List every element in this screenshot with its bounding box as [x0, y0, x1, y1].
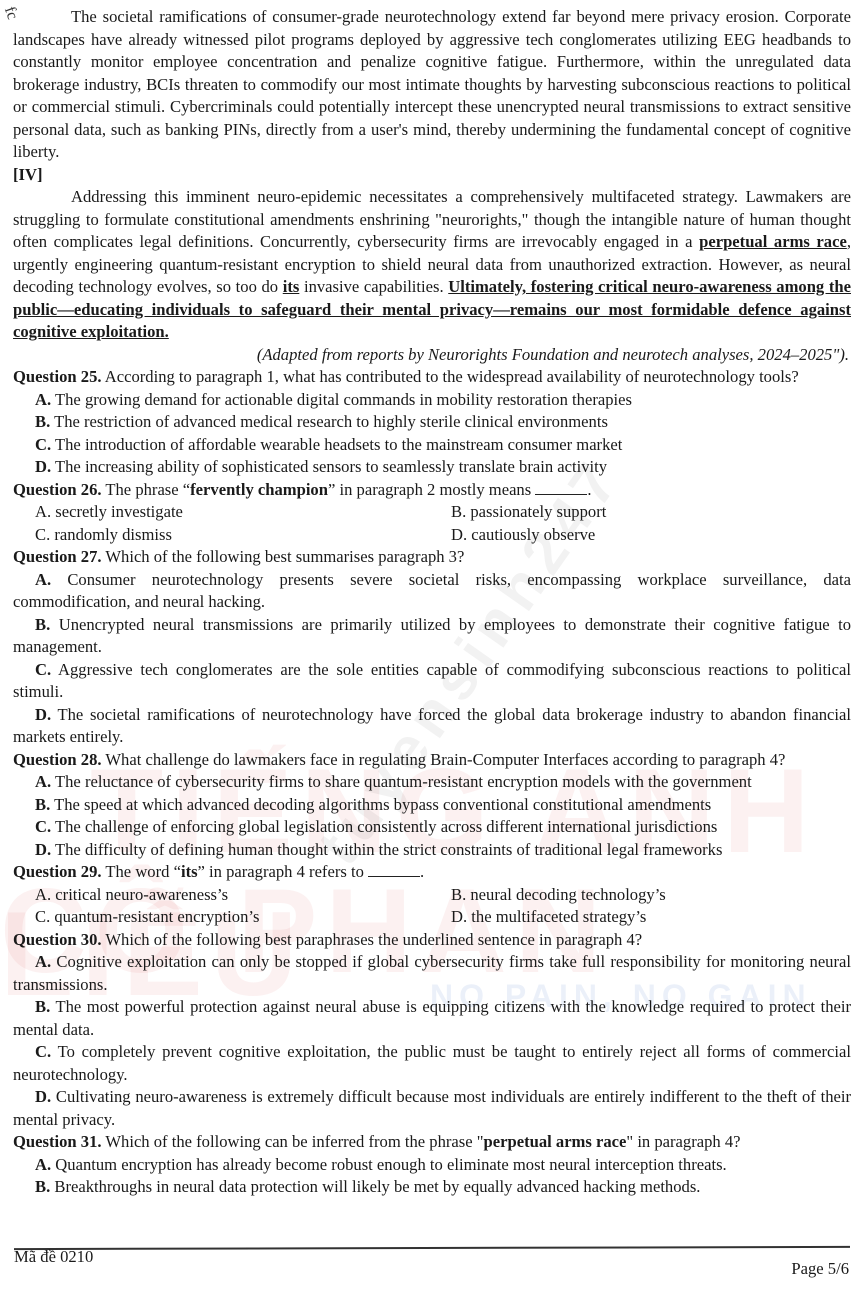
- question-text: What challenge do lawmakers face in regu…: [105, 750, 785, 769]
- option-letter: A.: [35, 570, 51, 589]
- question-30-stem: Question 30. Which of the following best…: [13, 929, 851, 952]
- option-letter: D.: [35, 1087, 51, 1106]
- options-grid: A. critical neuro-awareness’sB. neural d…: [13, 884, 851, 929]
- answer-option-d[interactable]: D. The societal ramifications of neurote…: [13, 704, 851, 749]
- question-text-stem-pre: The word “: [105, 862, 181, 881]
- option-letter: C.: [35, 1042, 51, 1061]
- answer-option-b[interactable]: B. neural decoding technology’s: [451, 884, 851, 907]
- answer-option-d[interactable]: D. The increasing ability of sophisticat…: [13, 456, 851, 479]
- option-letter: D.: [35, 840, 51, 859]
- option-letter: B.: [35, 1177, 50, 1196]
- answer-option-d[interactable]: D. cautiously observe: [451, 524, 851, 547]
- passage-source: (Adapted from reports by Neurorights Fou…: [13, 344, 851, 367]
- answer-option-a[interactable]: A. Cognitive exploitation can only be st…: [13, 951, 851, 996]
- answer-option-b[interactable]: B. The restriction of advanced medical r…: [13, 411, 851, 434]
- option-text: Consumer neurotechnology presents severe…: [13, 570, 851, 612]
- question-text-stem-pre: The phrase “: [105, 480, 190, 499]
- answer-option-b[interactable]: B. Breakthroughs in neural data protecti…: [13, 1176, 851, 1199]
- question-29-stem: Question 29. The word “its” in paragraph…: [13, 861, 851, 884]
- option-text: The speed at which advanced decoding alg…: [54, 795, 711, 814]
- answer-blank: [535, 480, 587, 495]
- question-number: Question 29.: [13, 862, 102, 881]
- option-letter: B.: [451, 885, 466, 904]
- options-grid: A. secretly investigateB. passionately s…: [13, 501, 851, 546]
- option-letter: A.: [35, 390, 51, 409]
- option-text: randomly dismiss: [54, 525, 172, 544]
- question-text-stem-post: " in paragraph 4?: [626, 1132, 740, 1151]
- option-letter: D.: [35, 457, 51, 476]
- option-text: The increasing ability of sophisticated …: [55, 457, 607, 476]
- question-26-stem: Question 26. The phrase “fervently champ…: [13, 479, 851, 502]
- question-text-stem-post: ” in paragraph 2 mostly means: [328, 480, 531, 499]
- question-text: Which of the following best summarises p…: [105, 547, 464, 566]
- option-text: The growing demand for actionable digita…: [55, 390, 632, 409]
- question-text-stem-pre: Which of the following can be inferred f…: [105, 1132, 483, 1151]
- option-letter: A.: [35, 952, 51, 971]
- option-letter: B.: [35, 997, 50, 1016]
- option-text: cautiously observe: [471, 525, 595, 544]
- question-text-stem-bold: its: [181, 862, 198, 881]
- option-text: The difficulty of defining human thought…: [55, 840, 722, 859]
- question-number: Question 25.: [13, 367, 102, 386]
- answer-option-b[interactable]: B. The speed at which advanced decoding …: [13, 794, 851, 817]
- option-text: Unencrypted neural transmissions are pri…: [13, 615, 851, 657]
- highlight-perpetual-arms-race: perpetual arms race: [699, 232, 847, 251]
- answer-option-c[interactable]: C. The introduction of affordable wearab…: [13, 434, 851, 457]
- option-letter: B.: [35, 615, 50, 634]
- option-letter: C.: [35, 660, 51, 679]
- question-number: Question 26.: [13, 480, 102, 499]
- question-28-stem: Question 28. What challenge do lawmakers…: [13, 749, 851, 772]
- question-text-stem-bold: fervently champion: [190, 480, 328, 499]
- option-text: The societal ramifications of neurotechn…: [13, 705, 851, 747]
- option-text: quantum-resistant encryption’s: [54, 907, 259, 926]
- answer-option-a[interactable]: A. Consumer neurotechnology presents sev…: [13, 569, 851, 614]
- option-letter: A.: [35, 1155, 51, 1174]
- option-letter: D.: [35, 705, 51, 724]
- option-letter: A.: [35, 502, 51, 521]
- option-text: Quantum encryption has already become ro…: [55, 1155, 726, 1174]
- option-letter: A.: [35, 885, 51, 904]
- page-number: Page 5/6: [791, 1258, 849, 1281]
- answer-blank: [368, 862, 420, 877]
- option-text: Cognitive exploitation can only be stopp…: [13, 952, 851, 994]
- option-letter: D.: [451, 907, 467, 926]
- answer-option-c[interactable]: C. Aggressive tech conglomerates are the…: [13, 659, 851, 704]
- question-27-stem: Question 27. Which of the following best…: [13, 546, 851, 569]
- question-25-stem: Question 25. According to paragraph 1, w…: [13, 366, 851, 389]
- question-number: Question 31.: [13, 1132, 102, 1151]
- answer-option-b[interactable]: B. The most powerful protection against …: [13, 996, 851, 1041]
- highlight-its: its: [283, 277, 300, 296]
- option-text: the multifaceted strategy’s: [471, 907, 646, 926]
- passage-paragraph-3: The societal ramifications of consumer-g…: [13, 6, 851, 164]
- option-text: secretly investigate: [55, 502, 183, 521]
- question-number: Question 28.: [13, 750, 102, 769]
- exam-code: Mã đề 0210: [14, 1246, 93, 1269]
- option-text: critical neuro-awareness’s: [55, 885, 228, 904]
- answer-option-b[interactable]: B. passionately support: [451, 501, 851, 524]
- paragraph-label-iv: [IV]: [13, 164, 851, 187]
- option-letter: A.: [35, 772, 51, 791]
- option-letter: C.: [35, 907, 50, 926]
- question-number: Question 27.: [13, 547, 102, 566]
- option-letter: B.: [451, 502, 466, 521]
- passage-paragraph-4: Addressing this imminent neuro-epidemic …: [13, 186, 851, 344]
- option-text: Breakthroughs in neural data protection …: [54, 1177, 700, 1196]
- option-letter: C.: [35, 525, 50, 544]
- answer-option-c[interactable]: C. quantum-resistant encryption’s: [35, 906, 451, 929]
- question-number: Question 30.: [13, 930, 102, 949]
- option-text: The challenge of enforcing global legisl…: [55, 817, 717, 836]
- answer-option-a[interactable]: A. The growing demand for actionable dig…: [13, 389, 851, 412]
- answer-option-c[interactable]: C. randomly dismiss: [35, 524, 451, 547]
- option-letter: B.: [35, 795, 50, 814]
- option-text: The introduction of affordable wearable …: [55, 435, 622, 454]
- exam-page: The societal ramifications of consumer-g…: [13, 6, 851, 1199]
- answer-option-a[interactable]: A. critical neuro-awareness’s: [35, 884, 451, 907]
- option-letter: C.: [35, 817, 51, 836]
- option-text: The reluctance of cybersecurity firms to…: [55, 772, 752, 791]
- footer-divider: [14, 1246, 850, 1250]
- question-text-stem-bold: perpetual arms race: [484, 1132, 627, 1151]
- answer-option-b[interactable]: B. Unencrypted neural transmissions are …: [13, 614, 851, 659]
- option-text: neural decoding technology’s: [470, 885, 665, 904]
- answer-option-c[interactable]: C. The challenge of enforcing global leg…: [13, 816, 851, 839]
- option-text: The restriction of advanced medical rese…: [54, 412, 608, 431]
- option-text: Aggressive tech conglomerates are the so…: [13, 660, 851, 702]
- option-text: The most powerful protection against neu…: [13, 997, 851, 1039]
- question-31-stem: Question 31. Which of the following can …: [13, 1131, 851, 1154]
- answer-option-c[interactable]: C. To completely prevent cognitive explo…: [13, 1041, 851, 1086]
- question-text-stem-post: ” in paragraph 4 refers to: [198, 862, 364, 881]
- answer-option-a[interactable]: A. secretly investigate: [35, 501, 451, 524]
- option-text: passionately support: [470, 502, 606, 521]
- option-text: Cultivating neuro-awareness is extremely…: [13, 1087, 851, 1129]
- answer-option-d[interactable]: D. Cultivating neuro-awareness is extrem…: [13, 1086, 851, 1131]
- option-text: To completely prevent cognitive exploita…: [13, 1042, 851, 1084]
- option-letter: B.: [35, 412, 50, 431]
- p4-text-3: invasive capabilities.: [299, 277, 448, 296]
- answer-option-a[interactable]: A. The reluctance of cybersecurity firms…: [13, 771, 851, 794]
- answer-option-a[interactable]: A. Quantum encryption has already become…: [13, 1154, 851, 1177]
- option-letter: D.: [451, 525, 467, 544]
- question-text: According to paragraph 1, what has contr…: [105, 367, 799, 386]
- option-letter: C.: [35, 435, 51, 454]
- question-list: Question 25. According to paragraph 1, w…: [13, 366, 851, 1199]
- answer-option-d[interactable]: D. the multifaceted strategy’s: [451, 906, 851, 929]
- answer-option-d[interactable]: D. The difficulty of defining human thou…: [13, 839, 851, 862]
- question-text: Which of the following best paraphrases …: [105, 930, 642, 949]
